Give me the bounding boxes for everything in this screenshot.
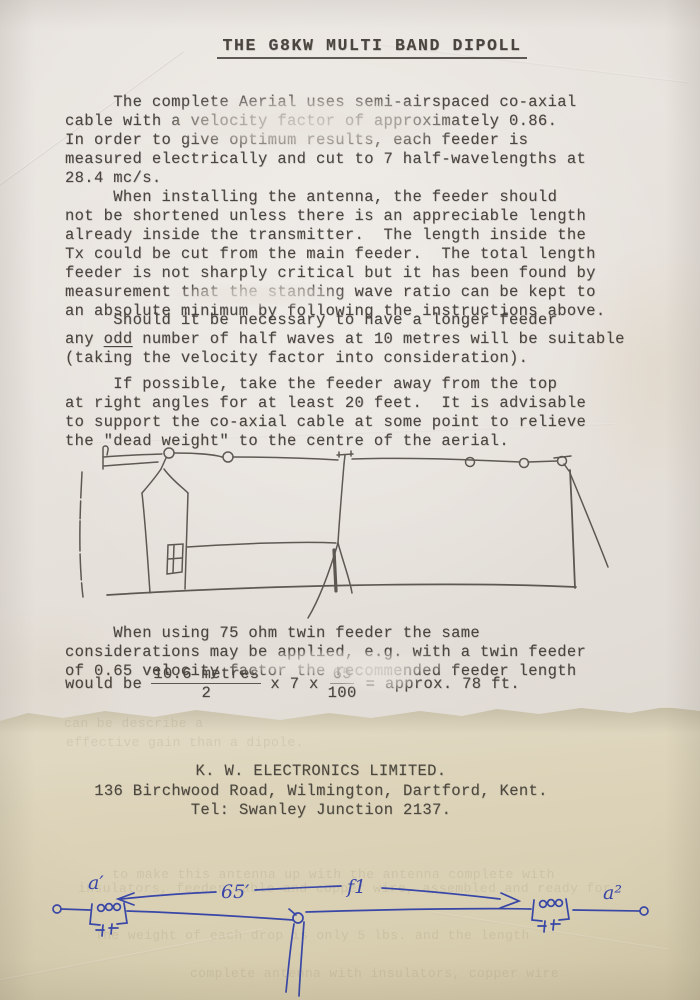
centre-tick [289, 909, 296, 915]
ground-line [107, 584, 576, 595]
window-bar [168, 545, 182, 573]
antenna-wire-end [528, 461, 557, 462]
twin-feeder-right-wire [299, 922, 304, 996]
right-end-insulator [640, 907, 648, 915]
bleedthrough-text: effective gain than a dipole. [66, 735, 304, 750]
title-row: THE G8KW MULTI BAND DIPOLL [22, 36, 700, 59]
chimney-bar-bottom [104, 462, 158, 466]
wire-insulator [520, 459, 529, 468]
page-title: THE G8KW MULTI BAND DIPOLL [217, 36, 526, 59]
company-phone: Tel: Swanley Junction 2137. [0, 801, 642, 821]
dipole-wiring-diagram: 65′ f1 a′ a² [0, 868, 700, 1000]
antenna-wire-mid [233, 457, 338, 460]
centre-support-t [337, 451, 353, 464]
fraction-denominator: 100 [328, 684, 357, 702]
house-antenna-sketch [0, 440, 700, 625]
formula-result: = approx. 78 ft. [366, 675, 520, 693]
wire-left-section [61, 909, 293, 920]
roof-left-slope [142, 469, 161, 493]
bleedthrough-text: can be describe a [64, 716, 203, 731]
wire-insulator [223, 452, 233, 462]
antenna-wire-right [352, 458, 520, 462]
wire-insulator [466, 458, 475, 467]
span-arrow-left-line [121, 892, 216, 899]
right-mast-guy [570, 473, 608, 567]
fraction-numerator: 65 [330, 666, 353, 684]
paragraph-longer-feeder: Should it be necessary to have a longer … [65, 311, 655, 368]
support-pole [334, 550, 336, 591]
roof-right-slope [164, 469, 188, 493]
formula-middle: x 7 x [270, 675, 318, 693]
span-length-label: 65′ [221, 881, 250, 903]
left-vertical-line [80, 472, 83, 597]
fraction-metres-over-2: 10.6 metres 2 [151, 666, 261, 702]
right-mast [570, 470, 575, 588]
company-name: K. W. ELECTRONICS LIMITED. [0, 762, 642, 782]
scanned-document-page: can be describe a effective gain than a … [0, 0, 700, 1000]
right-end-label: a² [603, 882, 622, 904]
right-trap-symbol [532, 899, 569, 932]
house-right-wall [185, 493, 188, 589]
left-end-label: a′ [88, 872, 104, 894]
underlined-word-odd: odd [104, 330, 133, 348]
roof-peak [161, 458, 166, 469]
mast-top-tick [554, 456, 571, 471]
left-trap-symbol [90, 903, 127, 936]
fraction-65-over-100: 65 100 [328, 666, 357, 702]
feeder-drop [338, 464, 344, 543]
fraction-numerator: 10.6 metres [151, 666, 261, 684]
wire-right-section [306, 909, 640, 912]
feeder-length-formula: would be 10.6 metres 2 x 7 x 65 100 = ap… [65, 664, 520, 704]
paragraph-coax-velocity: The complete Aerial uses semi-airspaced … [65, 93, 655, 188]
span-arrow-mid-line [255, 886, 341, 890]
house-to-pole-line [187, 542, 336, 547]
span-arrow-right-line [382, 888, 500, 899]
company-street: 136 Birchwood Road, Wilmington, Dartford… [0, 782, 642, 802]
house-left-wall [142, 493, 150, 593]
paragraph-text: number of half waves at 10 metres will b… [65, 330, 625, 367]
fraction-denominator: 2 [201, 684, 211, 702]
paragraph-installing: When installing the antenna, the feeder … [65, 188, 655, 321]
antenna-wire-left [174, 453, 222, 457]
span-arrow-right-head [500, 893, 519, 908]
centre-label: f1 [345, 876, 366, 898]
formula-prefix: would be [65, 675, 142, 693]
twin-feeder-left-wire [286, 924, 294, 992]
chimney-bar-top [104, 454, 162, 457]
left-end-insulator [53, 905, 61, 913]
company-address-block: K. W. ELECTRONICS LIMITED. 136 Birchwood… [0, 762, 642, 821]
paragraph-right-angles: If possible, take the feeder away from t… [65, 375, 655, 451]
